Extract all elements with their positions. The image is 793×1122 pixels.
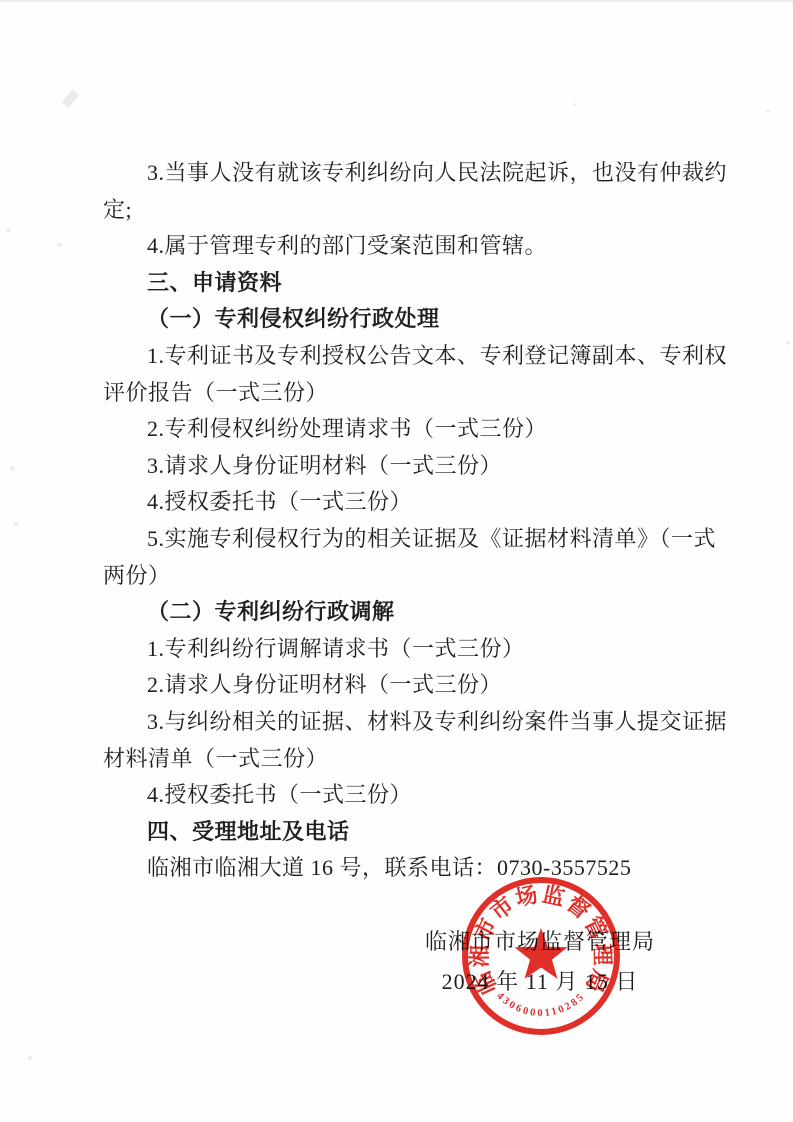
official-seal: 临湘市市场监督管理局 4306000110285 — [446, 861, 636, 1051]
document-line: 2.专利侵权纠纷处理请求书（一式三份） — [103, 411, 723, 448]
document-line: 3.当事人没有就该专利纠纷向人民法院起诉，也没有仲裁约 — [103, 155, 723, 192]
scan-speck — [786, 341, 790, 345]
scan-speck — [14, 522, 18, 526]
document-body: 3.当事人没有就该专利纠纷向人民法院起诉，也没有仲裁约 定; 4.属于管理专利的… — [103, 155, 723, 887]
scan-speck — [6, 228, 11, 232]
document-line: 评价报告（一式三份） — [103, 375, 723, 412]
document-line: 4.授权委托书（一式三份） — [103, 484, 723, 521]
document-line: 4.授权委托书（一式三份） — [103, 777, 723, 814]
section-heading: 四、受理地址及电话 — [103, 814, 723, 851]
document-line: 4.属于管理专利的部门受案范围和管辖。 — [103, 228, 723, 265]
subsection-heading: （一）专利侵权纠纷行政处理 — [103, 301, 723, 338]
document-page: 3.当事人没有就该专利纠纷向人民法院起诉，也没有仲裁约 定; 4.属于管理专利的… — [0, 0, 793, 1122]
document-line: 两份） — [103, 558, 723, 595]
scan-speck — [57, 243, 62, 247]
scan-edge-artifact — [0, 0, 793, 2]
scan-speck — [28, 1056, 32, 1060]
document-line: 1.专利证书及专利授权公告文本、专利登记簿副本、专利权 — [103, 338, 723, 375]
document-line: 3.与纠纷相关的证据、材料及专利纠纷案件当事人提交证据 — [103, 704, 723, 741]
seal-code: 4306000110285 — [494, 991, 587, 1019]
section-heading: 三、申请资料 — [103, 265, 723, 302]
seal-code-container: 4306000110285 — [494, 991, 587, 1019]
subsection-heading: （二）专利纠纷行政调解 — [103, 594, 723, 631]
scan-speck — [10, 466, 15, 471]
scan-speck — [62, 89, 80, 108]
document-line: 定; — [103, 192, 723, 229]
document-line: 1.专利纠纷行调解请求书（一式三份） — [103, 631, 723, 668]
document-line: 5.实施专利侵权行为的相关证据及《证据材料清单》（一式 — [103, 521, 723, 558]
scan-speck — [766, 110, 770, 113]
document-line: 2.请求人身份证明材料（一式三份） — [103, 667, 723, 704]
document-line: 3.请求人身份证明材料（一式三份） — [103, 448, 723, 485]
scan-speck — [573, 103, 576, 106]
star-icon — [514, 928, 567, 979]
document-line: 材料清单（一式三份） — [103, 741, 723, 778]
